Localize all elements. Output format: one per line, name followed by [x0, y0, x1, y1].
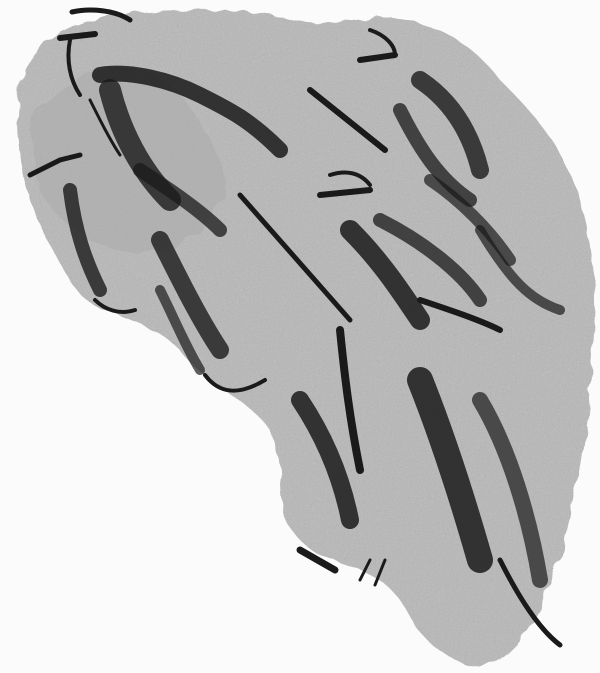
sketch-svg: [0, 0, 600, 673]
sketch-illustration: [0, 0, 600, 673]
